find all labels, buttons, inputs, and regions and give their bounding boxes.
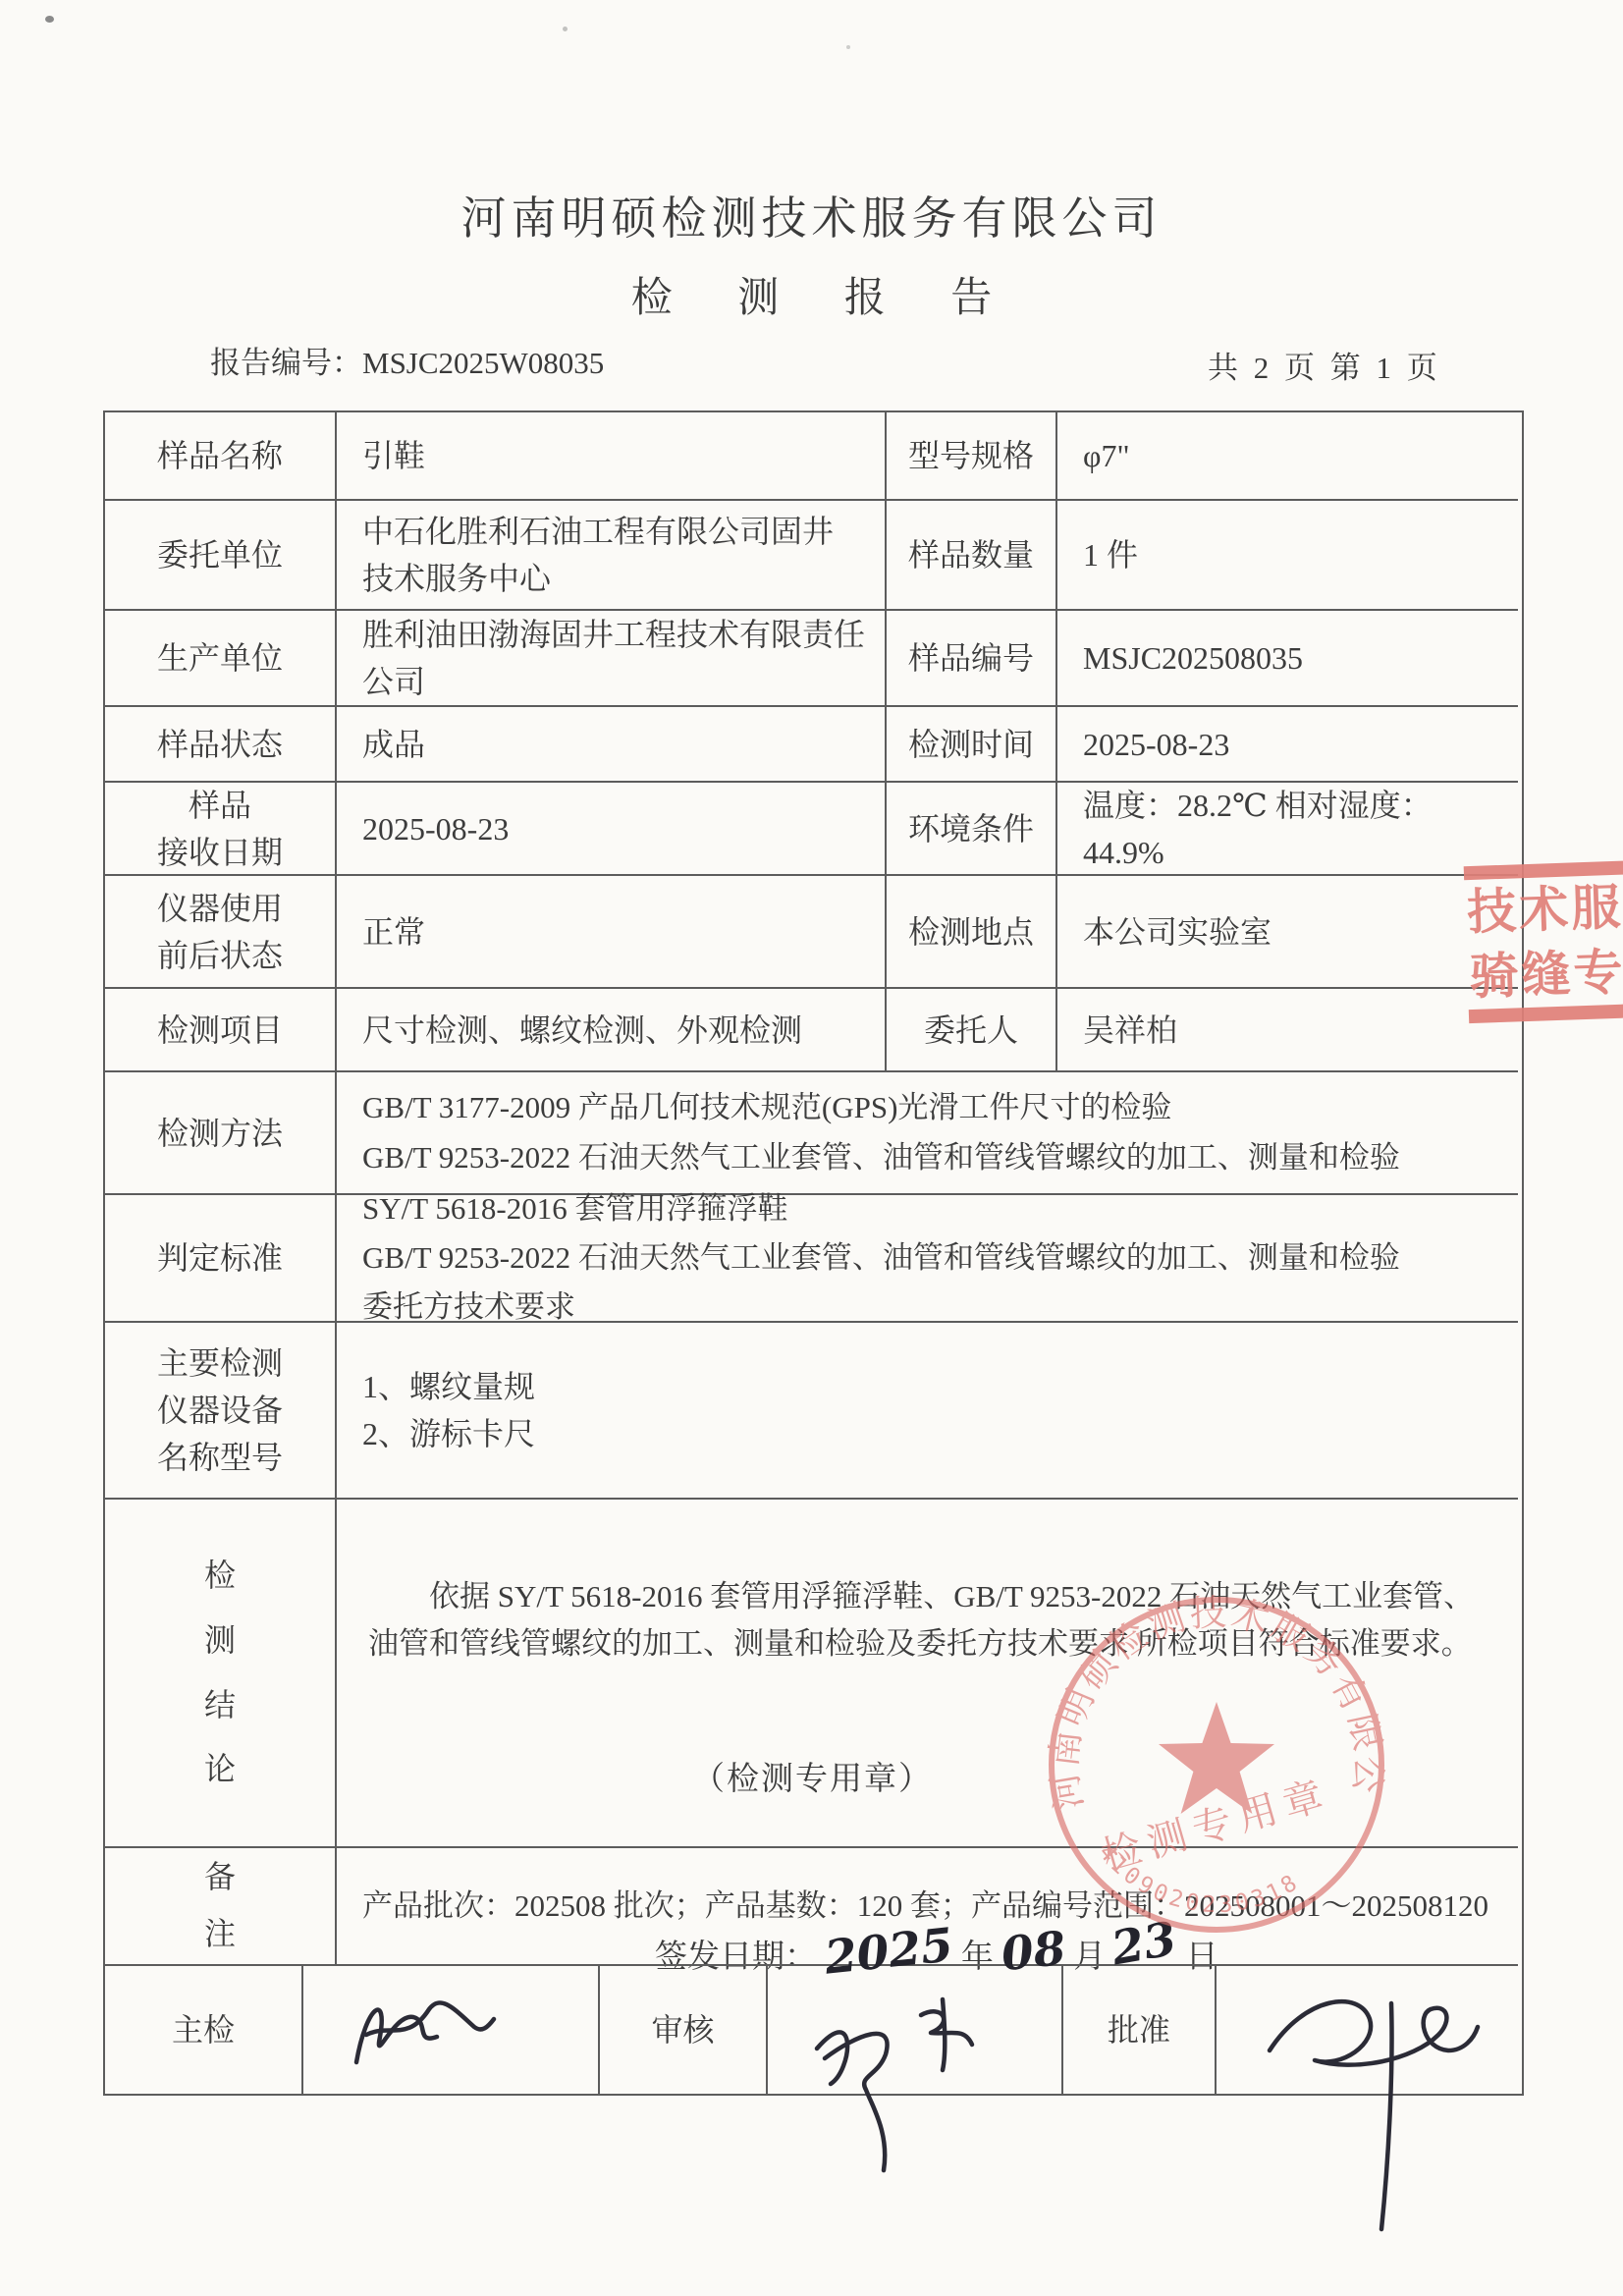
field-value-instrument-state: 正常: [337, 876, 887, 989]
seal-note: （检测专用章）: [692, 1756, 1487, 1805]
scanned-report-page: 河南明硕检测技术服务有限公司 检 测 报 告 报告编号：MSJC2025W080…: [0, 0, 1623, 2296]
scan-artifact: [563, 27, 568, 31]
field-label-main-instruments: 主要检测 仪器设备 名称型号: [105, 1323, 337, 1500]
inspector-signature-icon: [331, 1976, 517, 2094]
approver-signature-icon: [1244, 1976, 1519, 2241]
field-label-producer-unit: 生产单位: [105, 611, 337, 707]
seam-stamp: 技术服务 骑缝专用章: [1464, 858, 1623, 1058]
field-value-test-method: GB/T 3177-2009 产品几何技术规范(GPS)光滑工件尺寸的检验 GB…: [337, 1072, 1518, 1195]
field-value-client-unit: 中石化胜利石油工程有限公司固井 技术服务中心: [337, 501, 887, 611]
field-value-conclusion: 依据 SY/T 5618-2016 套管用浮箍浮鞋、GB/T 9253-2022…: [337, 1500, 1518, 1848]
field-value-sample-name: 引鞋: [337, 412, 887, 501]
report-number: 报告编号：MSJC2025W08035: [210, 338, 604, 382]
field-label-client-unit: 委托单位: [105, 501, 337, 611]
field-value-test-date: 2025-08-23: [1057, 707, 1518, 783]
company-title: 河南明硕检测技术服务有限公司: [0, 183, 1623, 247]
field-value-sample-no: MSJC202508035: [1057, 611, 1518, 707]
field-label-sample-name: 样品名称: [105, 412, 337, 501]
field-label-test-date: 检测时间: [887, 707, 1057, 783]
field-label-sample-qty: 样品数量: [887, 501, 1057, 611]
field-value-receive-date: 2025-08-23: [337, 783, 887, 876]
field-value-consignor: 吴祥柏: [1057, 989, 1518, 1072]
handwritten-month: 08: [998, 1915, 1068, 1991]
report-table: 样品名称 引鞋 型号规格 φ7" 委托单位 中石化胜利石油工程有限公司固井 技术…: [103, 410, 1524, 2096]
scan-artifact: [45, 16, 54, 23]
field-label-instrument-state: 仪器使用 前后状态: [105, 876, 337, 989]
report-title: 检 测 报 告: [0, 265, 1623, 324]
report-number-label: 报告编号：: [210, 346, 362, 380]
field-value-main-instruments: 1、螺纹量规 2、游标卡尺: [337, 1323, 1518, 1500]
field-label-test-items: 检测项目: [105, 989, 337, 1072]
field-label-chief-inspector: 主检: [105, 1966, 303, 2094]
field-value-producer-unit: 胜利油田渤海固井工程技术有限责任 公司: [337, 611, 887, 707]
field-value-env-condition: 温度：28.2℃ 相对湿度：44.9%: [1057, 783, 1518, 876]
field-value-test-items: 尺寸检测、螺纹检测、外观检测: [337, 989, 887, 1072]
field-label-remark: 备 注: [105, 1848, 337, 1966]
field-value-sample-qty: 1 件: [1057, 501, 1518, 611]
conclusion-text: 依据 SY/T 5618-2016 套管用浮箍浮鞋、GB/T 9253-2022…: [368, 1573, 1487, 1669]
inspector-signature: [303, 1966, 600, 2094]
report-number-value: MSJC2025W08035: [362, 346, 604, 380]
seam-stamp-line2: 骑缝专用章: [1468, 937, 1623, 1010]
field-label-judge-standard: 判定标准: [105, 1195, 337, 1323]
field-label-sample-state: 样品状态: [105, 707, 337, 783]
field-value-test-place: 本公司实验室: [1057, 876, 1518, 989]
field-label-receive-date: 样品 接收日期: [105, 783, 337, 876]
reviewer-signature-icon: [795, 1976, 1021, 2192]
field-label-sample-no: 样品编号: [887, 611, 1057, 707]
field-label-consignor: 委托人: [887, 989, 1057, 1072]
field-label-model-spec: 型号规格: [887, 412, 1057, 501]
field-label-approver: 批准: [1063, 1966, 1217, 2094]
field-value-sample-state: 成品: [337, 707, 887, 783]
seam-stamp-line1: 技术服务: [1466, 872, 1623, 945]
field-label-env-condition: 环境条件: [887, 783, 1057, 876]
field-label-reviewer: 审核: [600, 1966, 768, 2094]
handwritten-year: 2025: [822, 1912, 956, 1995]
page-info: 共 2 页 第 1 页: [1208, 343, 1441, 387]
field-label-test-place: 检测地点: [887, 876, 1057, 989]
field-label-test-method: 检测方法: [105, 1072, 337, 1195]
field-value-model-spec: φ7": [1057, 412, 1518, 501]
scan-artifact: [846, 45, 850, 49]
handwritten-day: 23: [1107, 1905, 1182, 1985]
field-value-judge-standard: SY/T 5618-2016 套管用浮箍浮鞋 GB/T 9253-2022 石油…: [337, 1195, 1518, 1323]
field-label-conclusion: 检 测 结 论: [105, 1500, 337, 1848]
approver-signature: [1217, 1966, 1518, 2094]
